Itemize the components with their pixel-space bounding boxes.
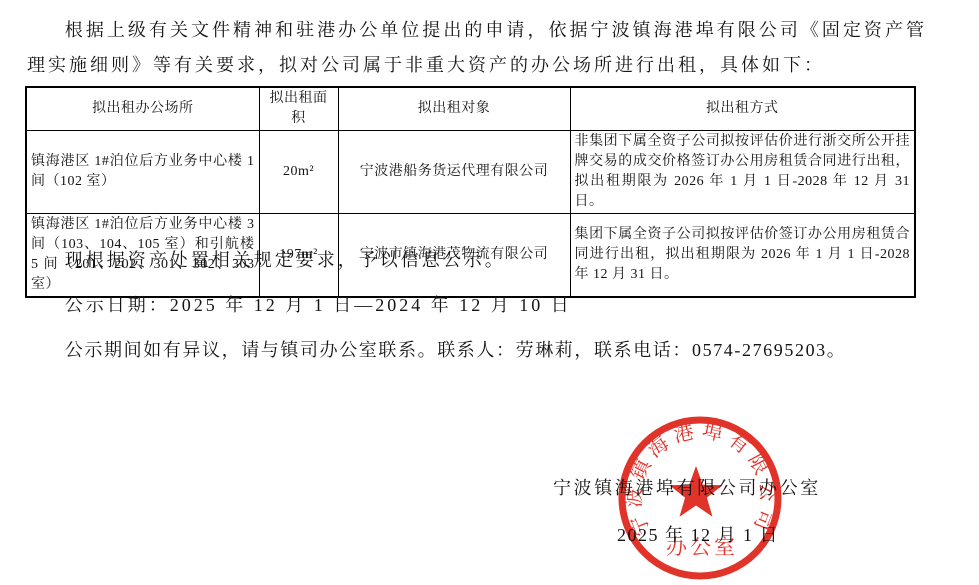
cell-location-1: 镇海港区 1#泊位后方业务中心楼 1 间（102 室） <box>26 131 259 214</box>
notice-paragraph: 现根据资产处置相关规定要求，予以信息公示。 <box>27 243 927 278</box>
signature-date: 2025 年 12 月 1 日 <box>617 521 779 547</box>
header-area: 拟出租面积 <box>259 87 338 131</box>
cell-area-1: 20m² <box>259 131 338 214</box>
header-method: 拟出租方式 <box>570 87 915 131</box>
header-location: 拟出租办公场所 <box>26 87 259 131</box>
signature-text: 宁波镇海港埠有限公司办公室 <box>553 474 821 500</box>
document-page: 根据上级有关文件精神和驻港办公单位提出的申请，依据宁波镇海港埠有限公司《固定资产… <box>0 0 979 585</box>
publicity-date-line: 公示日期：2025 年 12 月 1 日—2024 年 12 月 10 日 <box>27 288 927 323</box>
cell-method-1: 非集团下属全资子公司拟按评估价进行浙交所公开挂牌交易的成交价格签订办公用房租赁合… <box>570 131 915 214</box>
table-header-row: 拟出租办公场所 拟出租面积 拟出租对象 拟出租方式 <box>26 87 915 131</box>
intro-paragraph: 根据上级有关文件精神和驻港办公单位提出的申请，依据宁波镇海港埠有限公司《固定资产… <box>27 13 927 83</box>
header-tenant: 拟出租对象 <box>338 87 570 131</box>
contact-line: 公示期间如有异议，请与镇司办公室联系。联系人：劳琳莉，联系电话：0574-276… <box>27 333 947 368</box>
cell-tenant-1: 宁波港船务货运代理有限公司 <box>338 131 570 214</box>
table-row-1: 镇海港区 1#泊位后方业务中心楼 1 间（102 室） 20m² 宁波港船务货运… <box>26 131 915 214</box>
